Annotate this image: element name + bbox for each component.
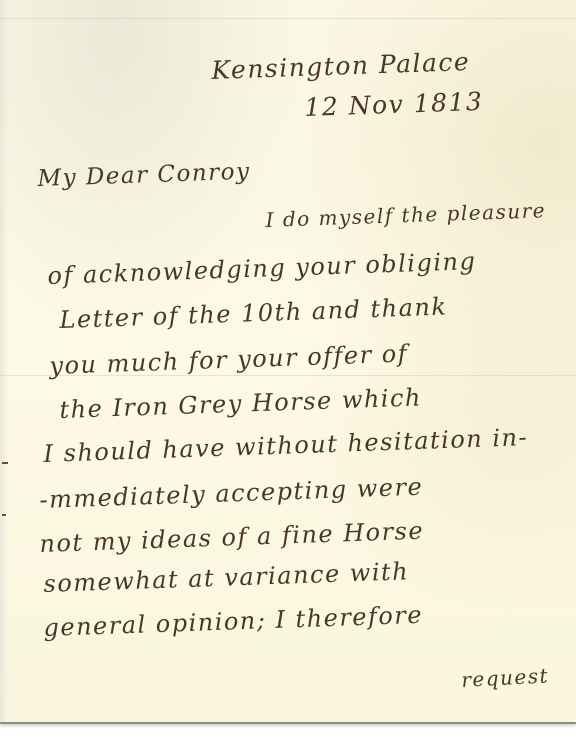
- letter-page: Kensington Palace 12 Nov 1813 My Dear Co…: [0, 0, 576, 724]
- catchword: request: [461, 663, 550, 692]
- letter-place: Kensington Palace: [211, 47, 471, 85]
- body-line: you much for your offer of: [49, 339, 408, 380]
- body-line: I should have without hesitation in-: [43, 423, 529, 468]
- margin-ink-mark: [2, 514, 6, 516]
- margin-ink-mark: [2, 462, 8, 464]
- body-line: Letter of the 10th and thank: [59, 292, 448, 334]
- letter-salutation: My Dear Conroy: [37, 159, 251, 192]
- body-line: of acknowledging your obliging: [47, 247, 477, 290]
- body-line: -mmediately accepting were: [39, 473, 424, 514]
- paper-fold-line: [0, 18, 576, 19]
- paper-crease: [0, 0, 8, 722]
- body-line: I do myself the pleasure: [265, 198, 546, 232]
- body-line: general opinion; I therefore: [43, 601, 423, 642]
- body-line: somewhat at variance with: [43, 557, 410, 598]
- body-line: not my ideas of a fine Horse: [39, 517, 424, 558]
- letter-date: 12 Nov 1813: [304, 87, 484, 122]
- body-line: the Iron Grey Horse which: [59, 383, 422, 424]
